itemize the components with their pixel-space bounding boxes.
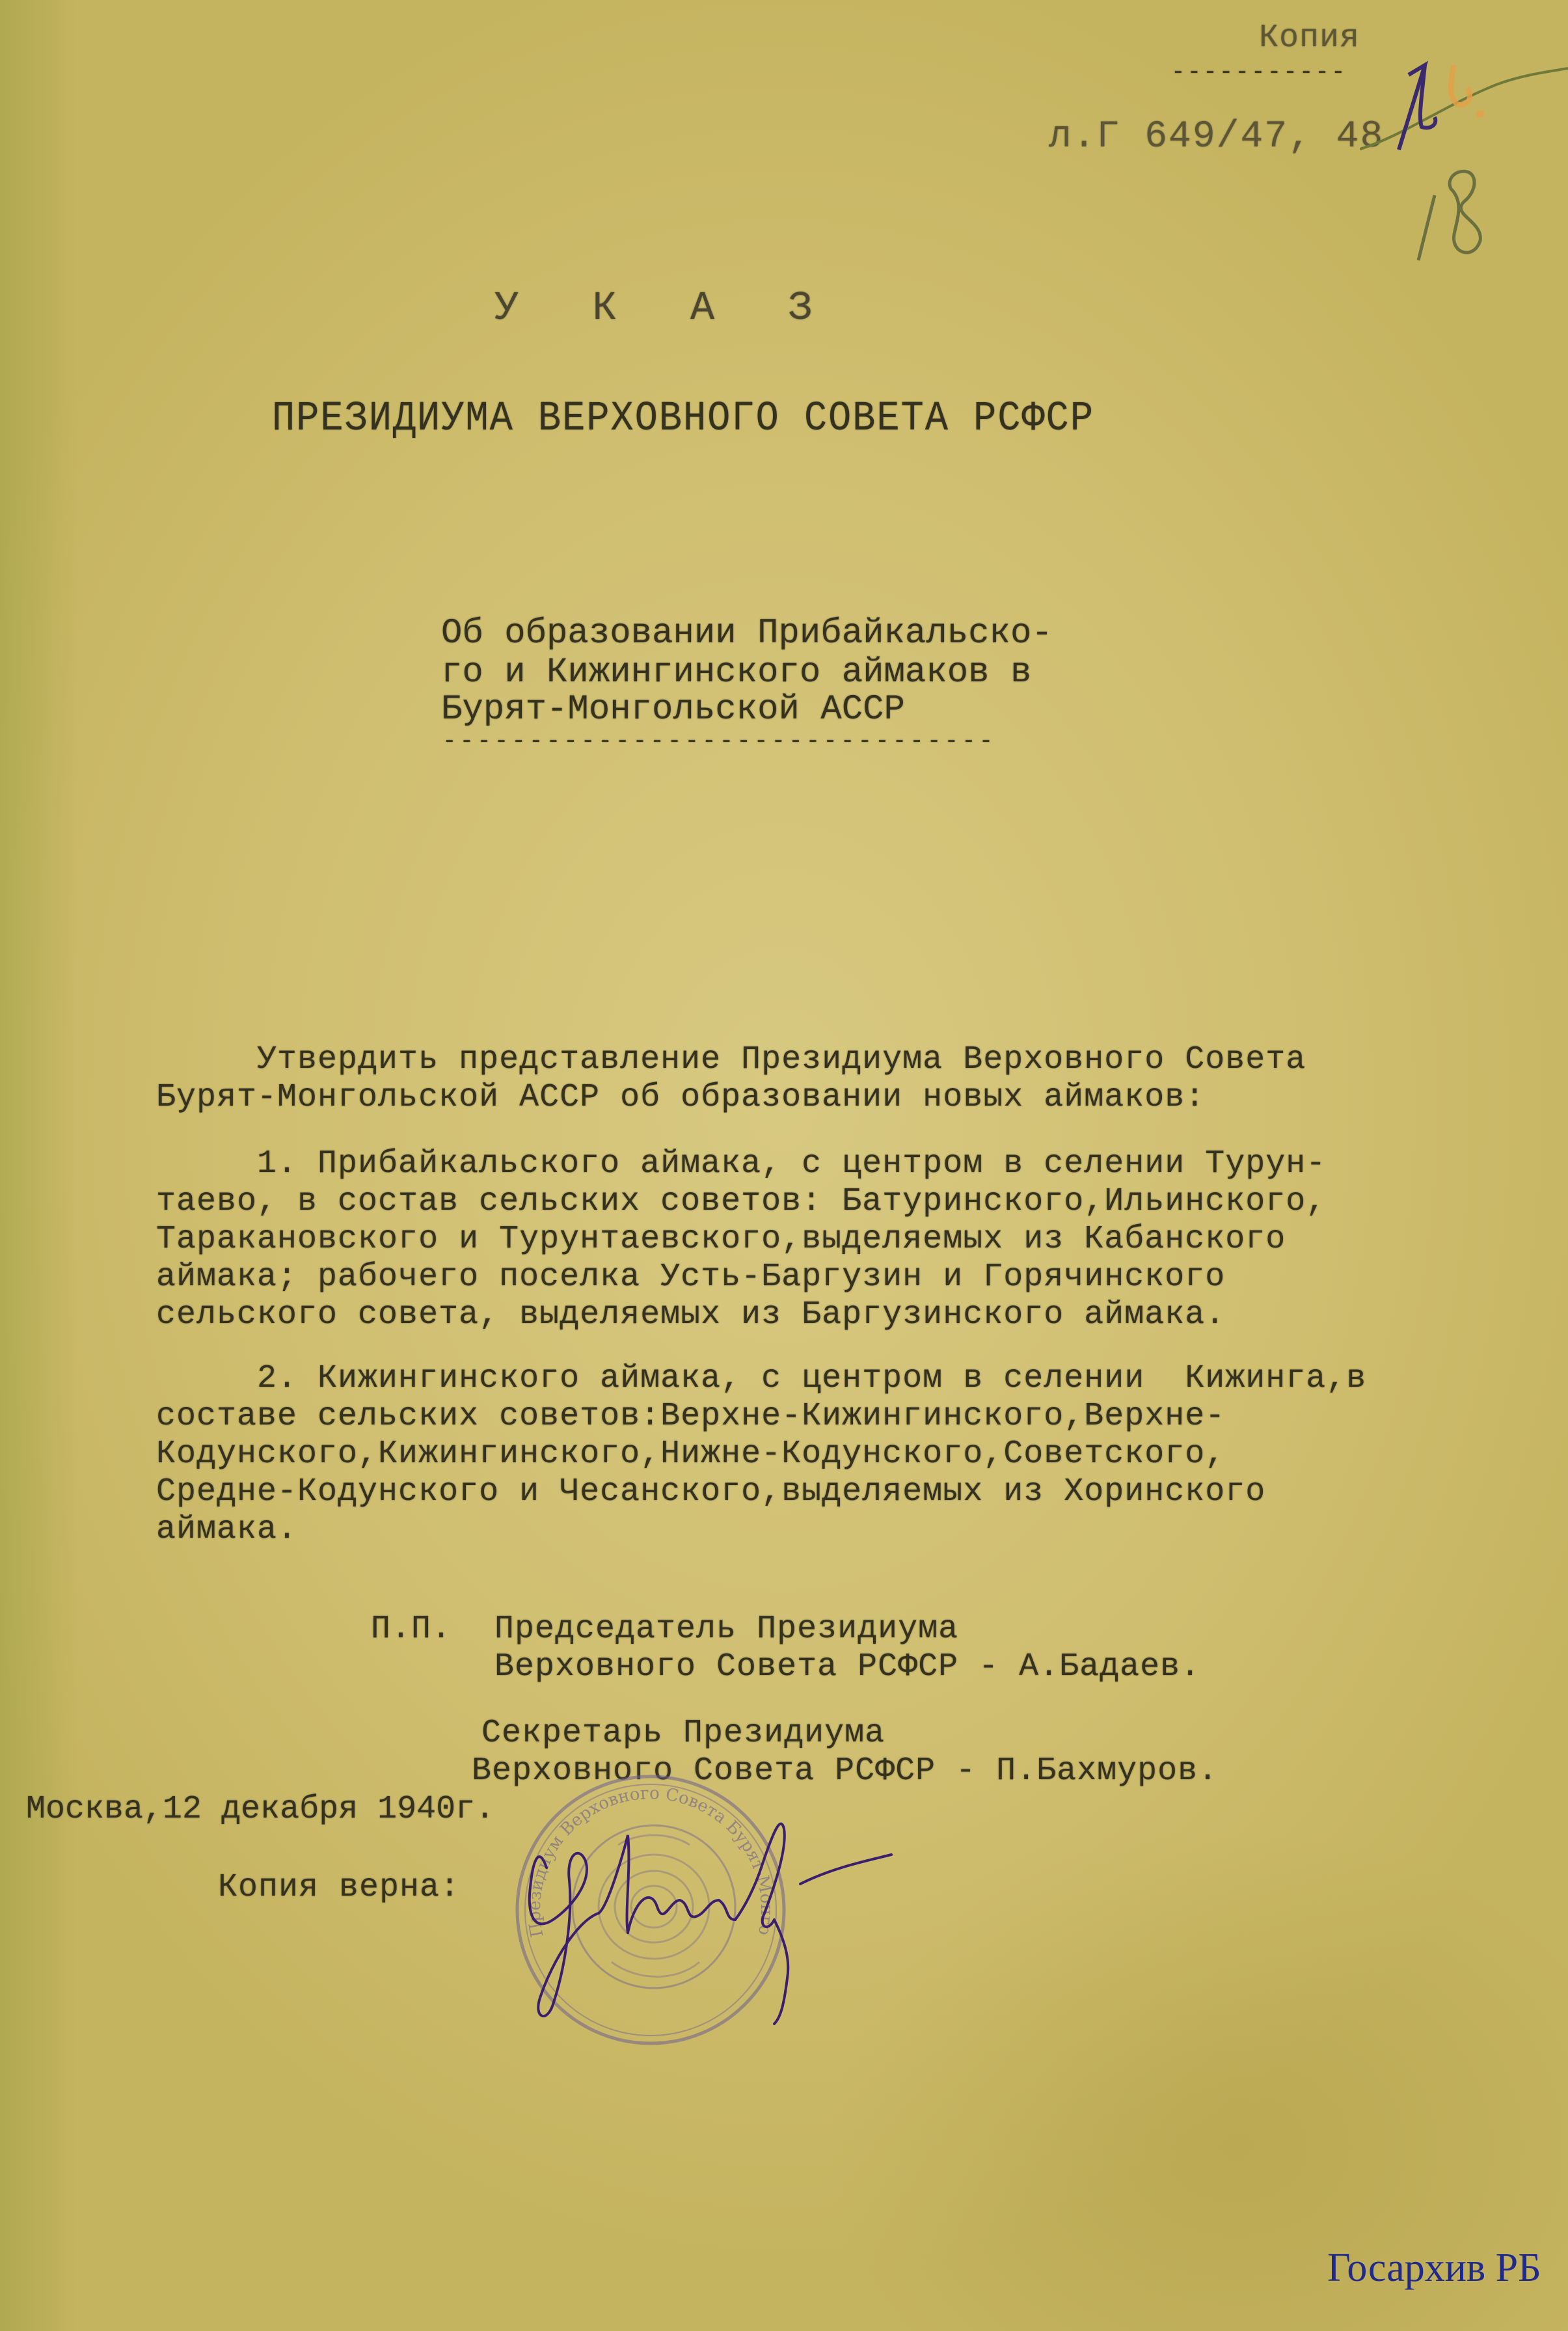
subject-line: Об образовании Прибайкальско- <box>441 615 1053 653</box>
decree-issuer: ПРЕЗИДИУМА ВЕРХОВНОГО СОВЕТА РСФСР <box>272 396 1094 443</box>
item-line: 1. Прибайкальского аймака, с центром в с… <box>156 1145 1326 1183</box>
item-line: Кодунского,Кижингинского,Нижне-Кодунског… <box>156 1436 1225 1473</box>
item-line: таево, в состав сельских советов: Батури… <box>156 1183 1326 1221</box>
chairman-prefix: П.П. <box>371 1611 452 1648</box>
archive-watermark: Госархив РБ <box>1327 2245 1541 2291</box>
decree-title: У К А З <box>494 285 837 331</box>
place-date: Москва,12 декабря 1940г. <box>26 1791 494 1829</box>
chairman-name: Верховного Совета РСФСР - А.Бадаев. <box>494 1648 1200 1686</box>
subject-line: Бурят-Монгольской АССР <box>441 691 905 729</box>
item-line: Таракановского и Турунтаевского,выделяем… <box>156 1221 1286 1259</box>
item-line: аймака; рабочего поселка Усть-Баргузин и… <box>156 1259 1225 1296</box>
item-line: Средне-Кодунского и Чесанского,выделяемы… <box>156 1473 1265 1511</box>
subject-underline: -------------------------------- <box>442 728 996 754</box>
chairman-title: Председатель Президиума <box>494 1611 958 1648</box>
body-intro-line: Утвердить представление Президиума Верхо… <box>156 1041 1306 1079</box>
handwritten-page-number <box>1412 163 1503 267</box>
handwritten-signature <box>494 1809 1002 2037</box>
item-line: аймака. <box>156 1511 297 1549</box>
copy-label: Копия <box>1259 20 1360 57</box>
item-line: составе сельских советов:Верхне-Кижингин… <box>156 1398 1225 1436</box>
item-line: 2. Кижингинского аймака, с центром в сел… <box>156 1360 1366 1398</box>
copy-label-underline: ----------- <box>1171 59 1347 85</box>
page-edge-shadow <box>0 0 78 2331</box>
item-line: сельского совета, выделяемых из Баргузин… <box>156 1296 1225 1334</box>
body-intro-line: Бурят-Монгольской АССР об образовании но… <box>156 1079 1205 1117</box>
document-reference: л.Г 649/47, 48 <box>1049 116 1384 158</box>
subject-line: го и Кижингинского аймаков в <box>441 654 1031 692</box>
copy-certified-label: Копия верна: <box>218 1869 460 1907</box>
secretary-title: Секретарь Президиума <box>481 1715 885 1752</box>
